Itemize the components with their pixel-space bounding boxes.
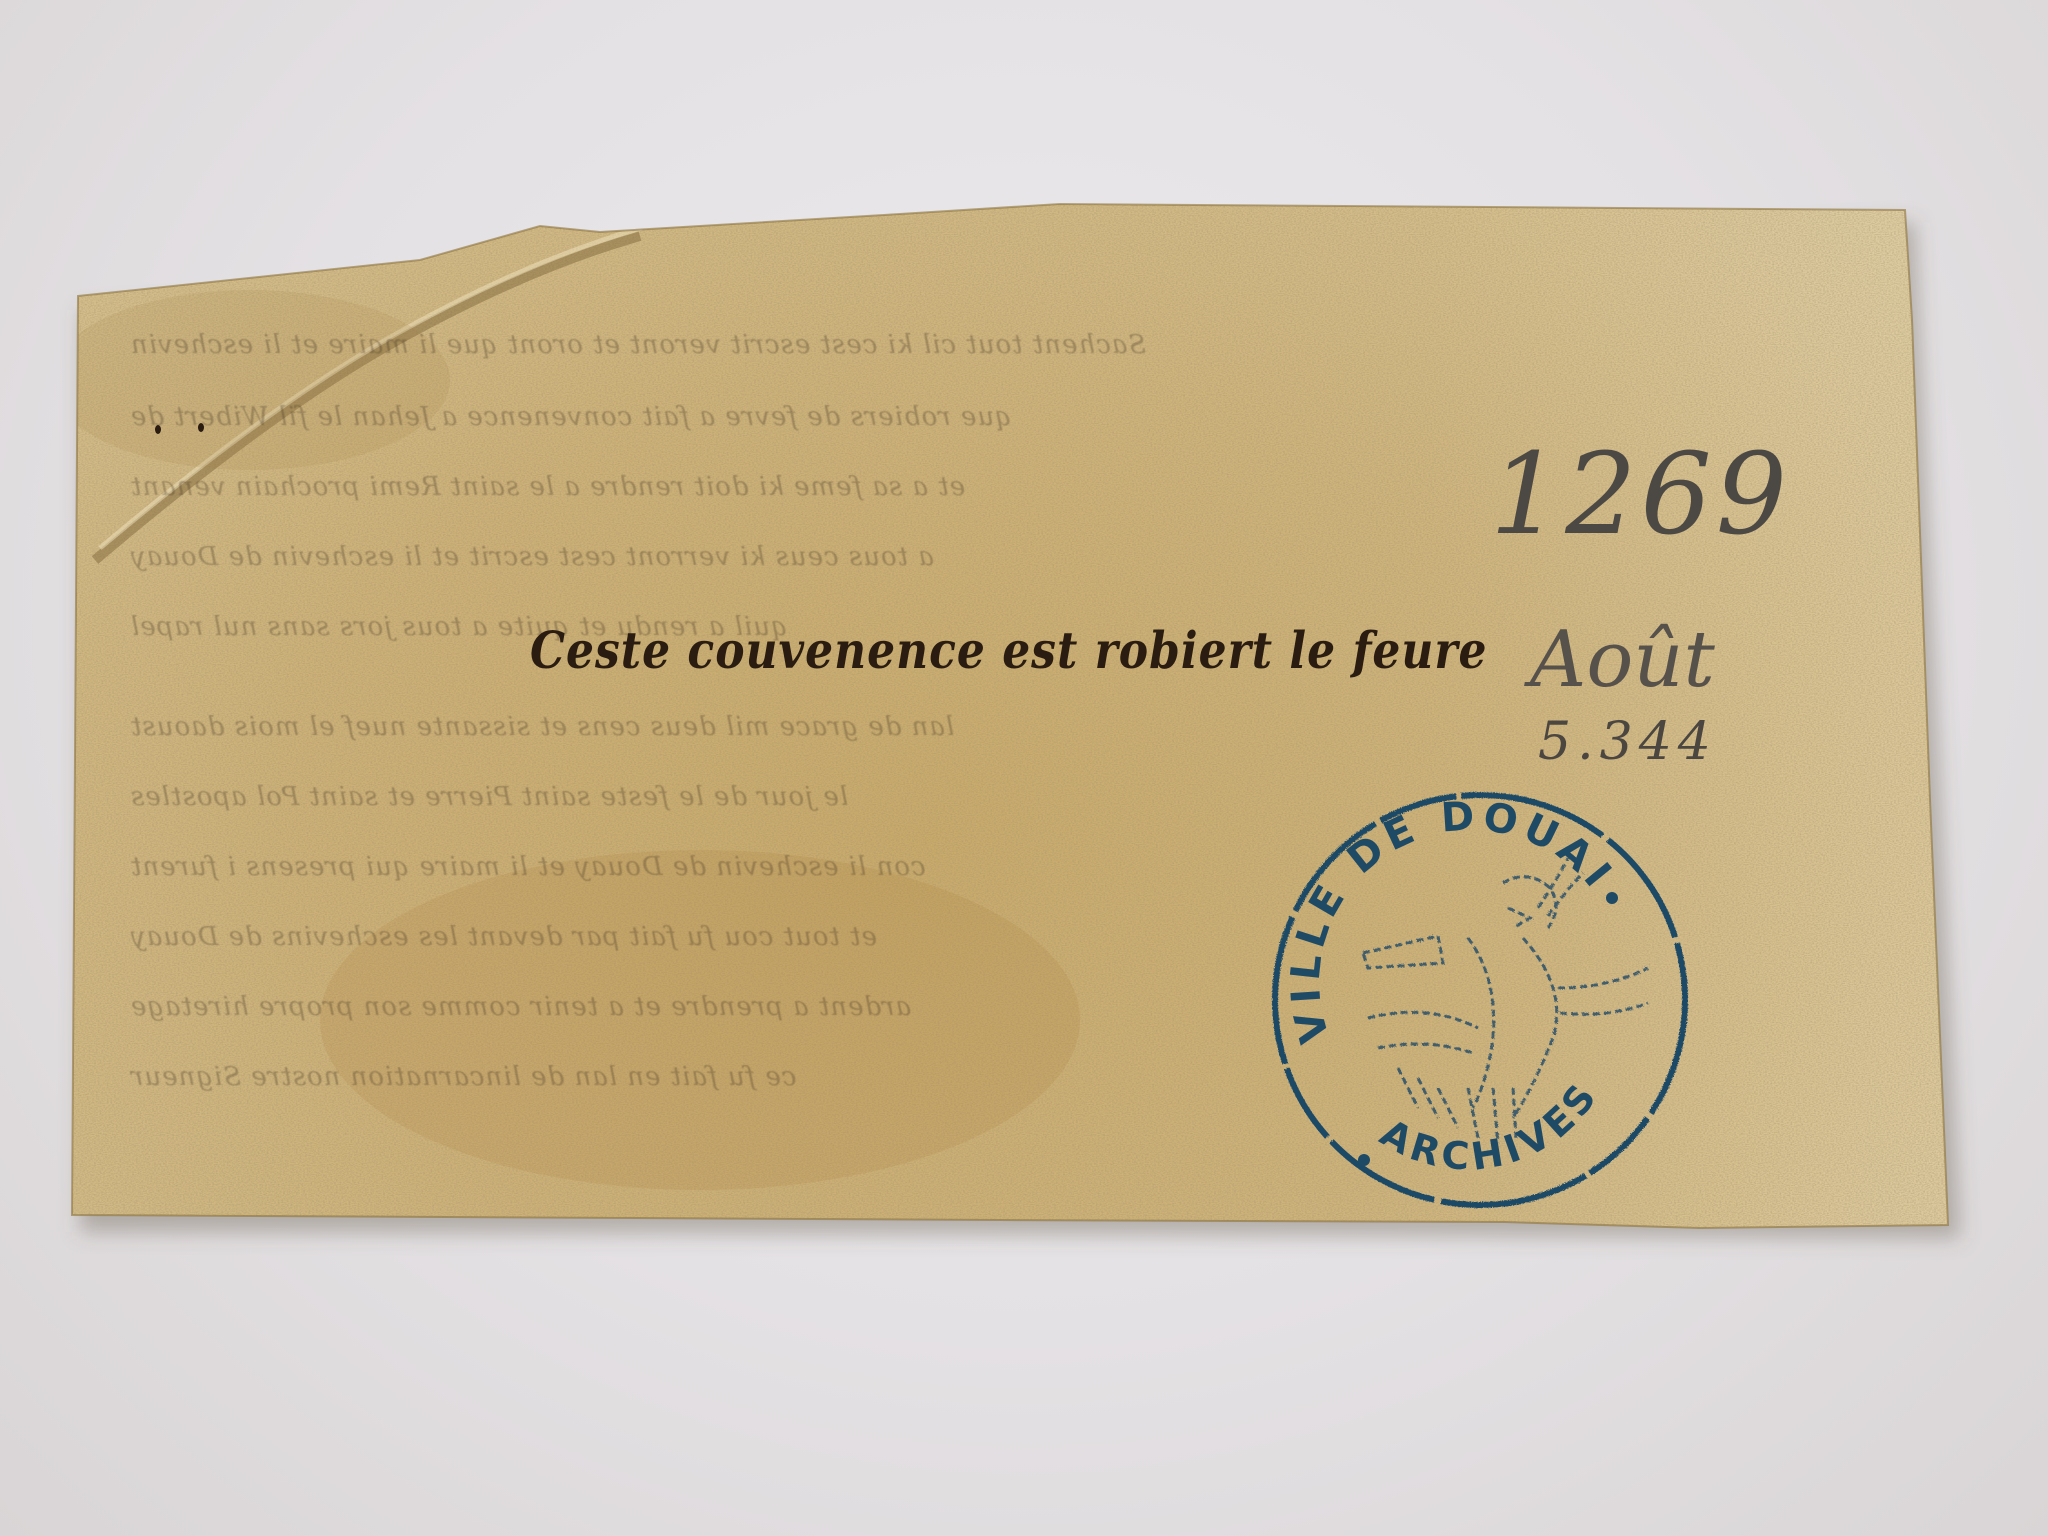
- pencil-reference-number: 5.344: [1538, 712, 1717, 772]
- bleed-line: Sachent tout cil ki cest escrit veront e…: [130, 330, 1890, 360]
- archives-stamp: VILLE DE DOUAI ARCHIVES: [1268, 788, 1692, 1212]
- bleed-line: que robiers de fevre a fait convenence a…: [130, 402, 1890, 432]
- stamp-separator-dot: [1606, 892, 1618, 904]
- stamp-top-text: VILLE DE DOUAI: [1283, 793, 1624, 1048]
- ink-mark: [198, 423, 204, 432]
- stamp-separator-dot: [1358, 1154, 1370, 1166]
- ink-mark: [155, 425, 161, 434]
- pencil-year-note: 1269: [1490, 430, 1791, 560]
- pencil-month-note: Août: [1530, 615, 1715, 705]
- svg-text:VILLE DE DOUAI: VILLE DE DOUAI: [1283, 793, 1624, 1048]
- stamp-seal-icon: VILLE DE DOUAI ARCHIVES: [1268, 788, 1692, 1212]
- docket-inscription: Ceste couvenence est robiert le feure: [530, 622, 1460, 681]
